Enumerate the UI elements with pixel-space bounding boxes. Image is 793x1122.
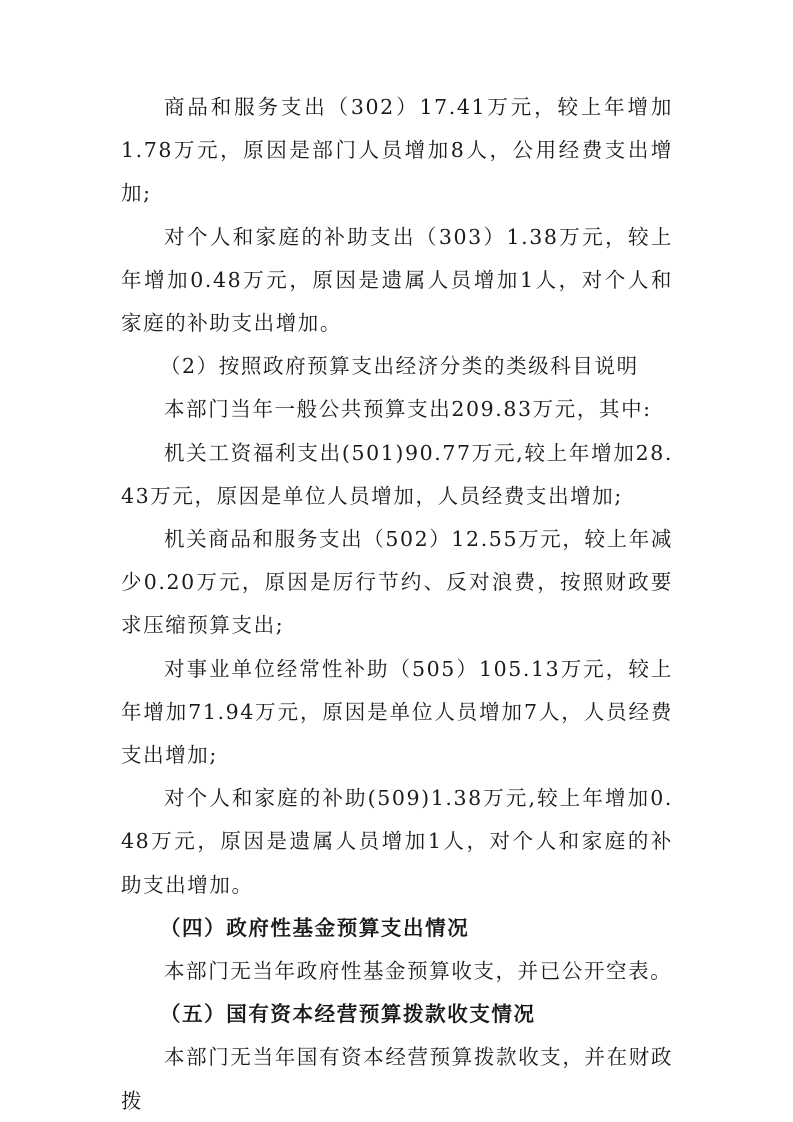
- document-page: 商品和服务支出（302）17.41万元，较上年增加1.78万元，原因是部门人员增…: [121, 86, 673, 1122]
- paragraph-state-capital: 本部门无当年国有资本经营预算拨款收支，并在财政拨: [121, 1036, 673, 1122]
- paragraph-government-fund: 本部门无当年政府性基金预算收支，并已公开空表。: [121, 950, 673, 993]
- paragraph-household-subsidy-303: 对个人和家庭的补助支出（303）1.38万元，较上年增加0.48万元，原因是遗属…: [121, 216, 673, 346]
- subheading-economic-classification: （2）按照政府预算支出经济分类的类级科目说明: [121, 345, 673, 388]
- paragraph-general-budget-total: 本部门当年一般公共预算支出209.83万元，其中:: [121, 388, 673, 431]
- section-heading-government-fund: （四）政府性基金预算支出情况: [121, 907, 673, 950]
- paragraph-goods-services-302: 商品和服务支出（302）17.41万元，较上年增加1.78万元，原因是部门人员增…: [121, 86, 673, 216]
- paragraph-goods-services-502: 机关商品和服务支出（502）12.55万元，较上年减少0.20万元，原因是厉行节…: [121, 518, 673, 648]
- section-heading-state-capital: （五）国有资本经营预算拨款收支情况: [121, 993, 673, 1036]
- paragraph-institution-subsidy-505: 对事业单位经常性补助（505）105.13万元，较上年增加71.94万元，原因是…: [121, 648, 673, 778]
- paragraph-household-subsidy-509: 对个人和家庭的补助(509)1.38万元,较上年增加0.48万元，原因是遗属人员…: [121, 777, 673, 907]
- paragraph-wages-welfare-501: 机关工资福利支出(501)90.77万元,较上年增加28.43万元，原因是单位人…: [121, 432, 673, 518]
